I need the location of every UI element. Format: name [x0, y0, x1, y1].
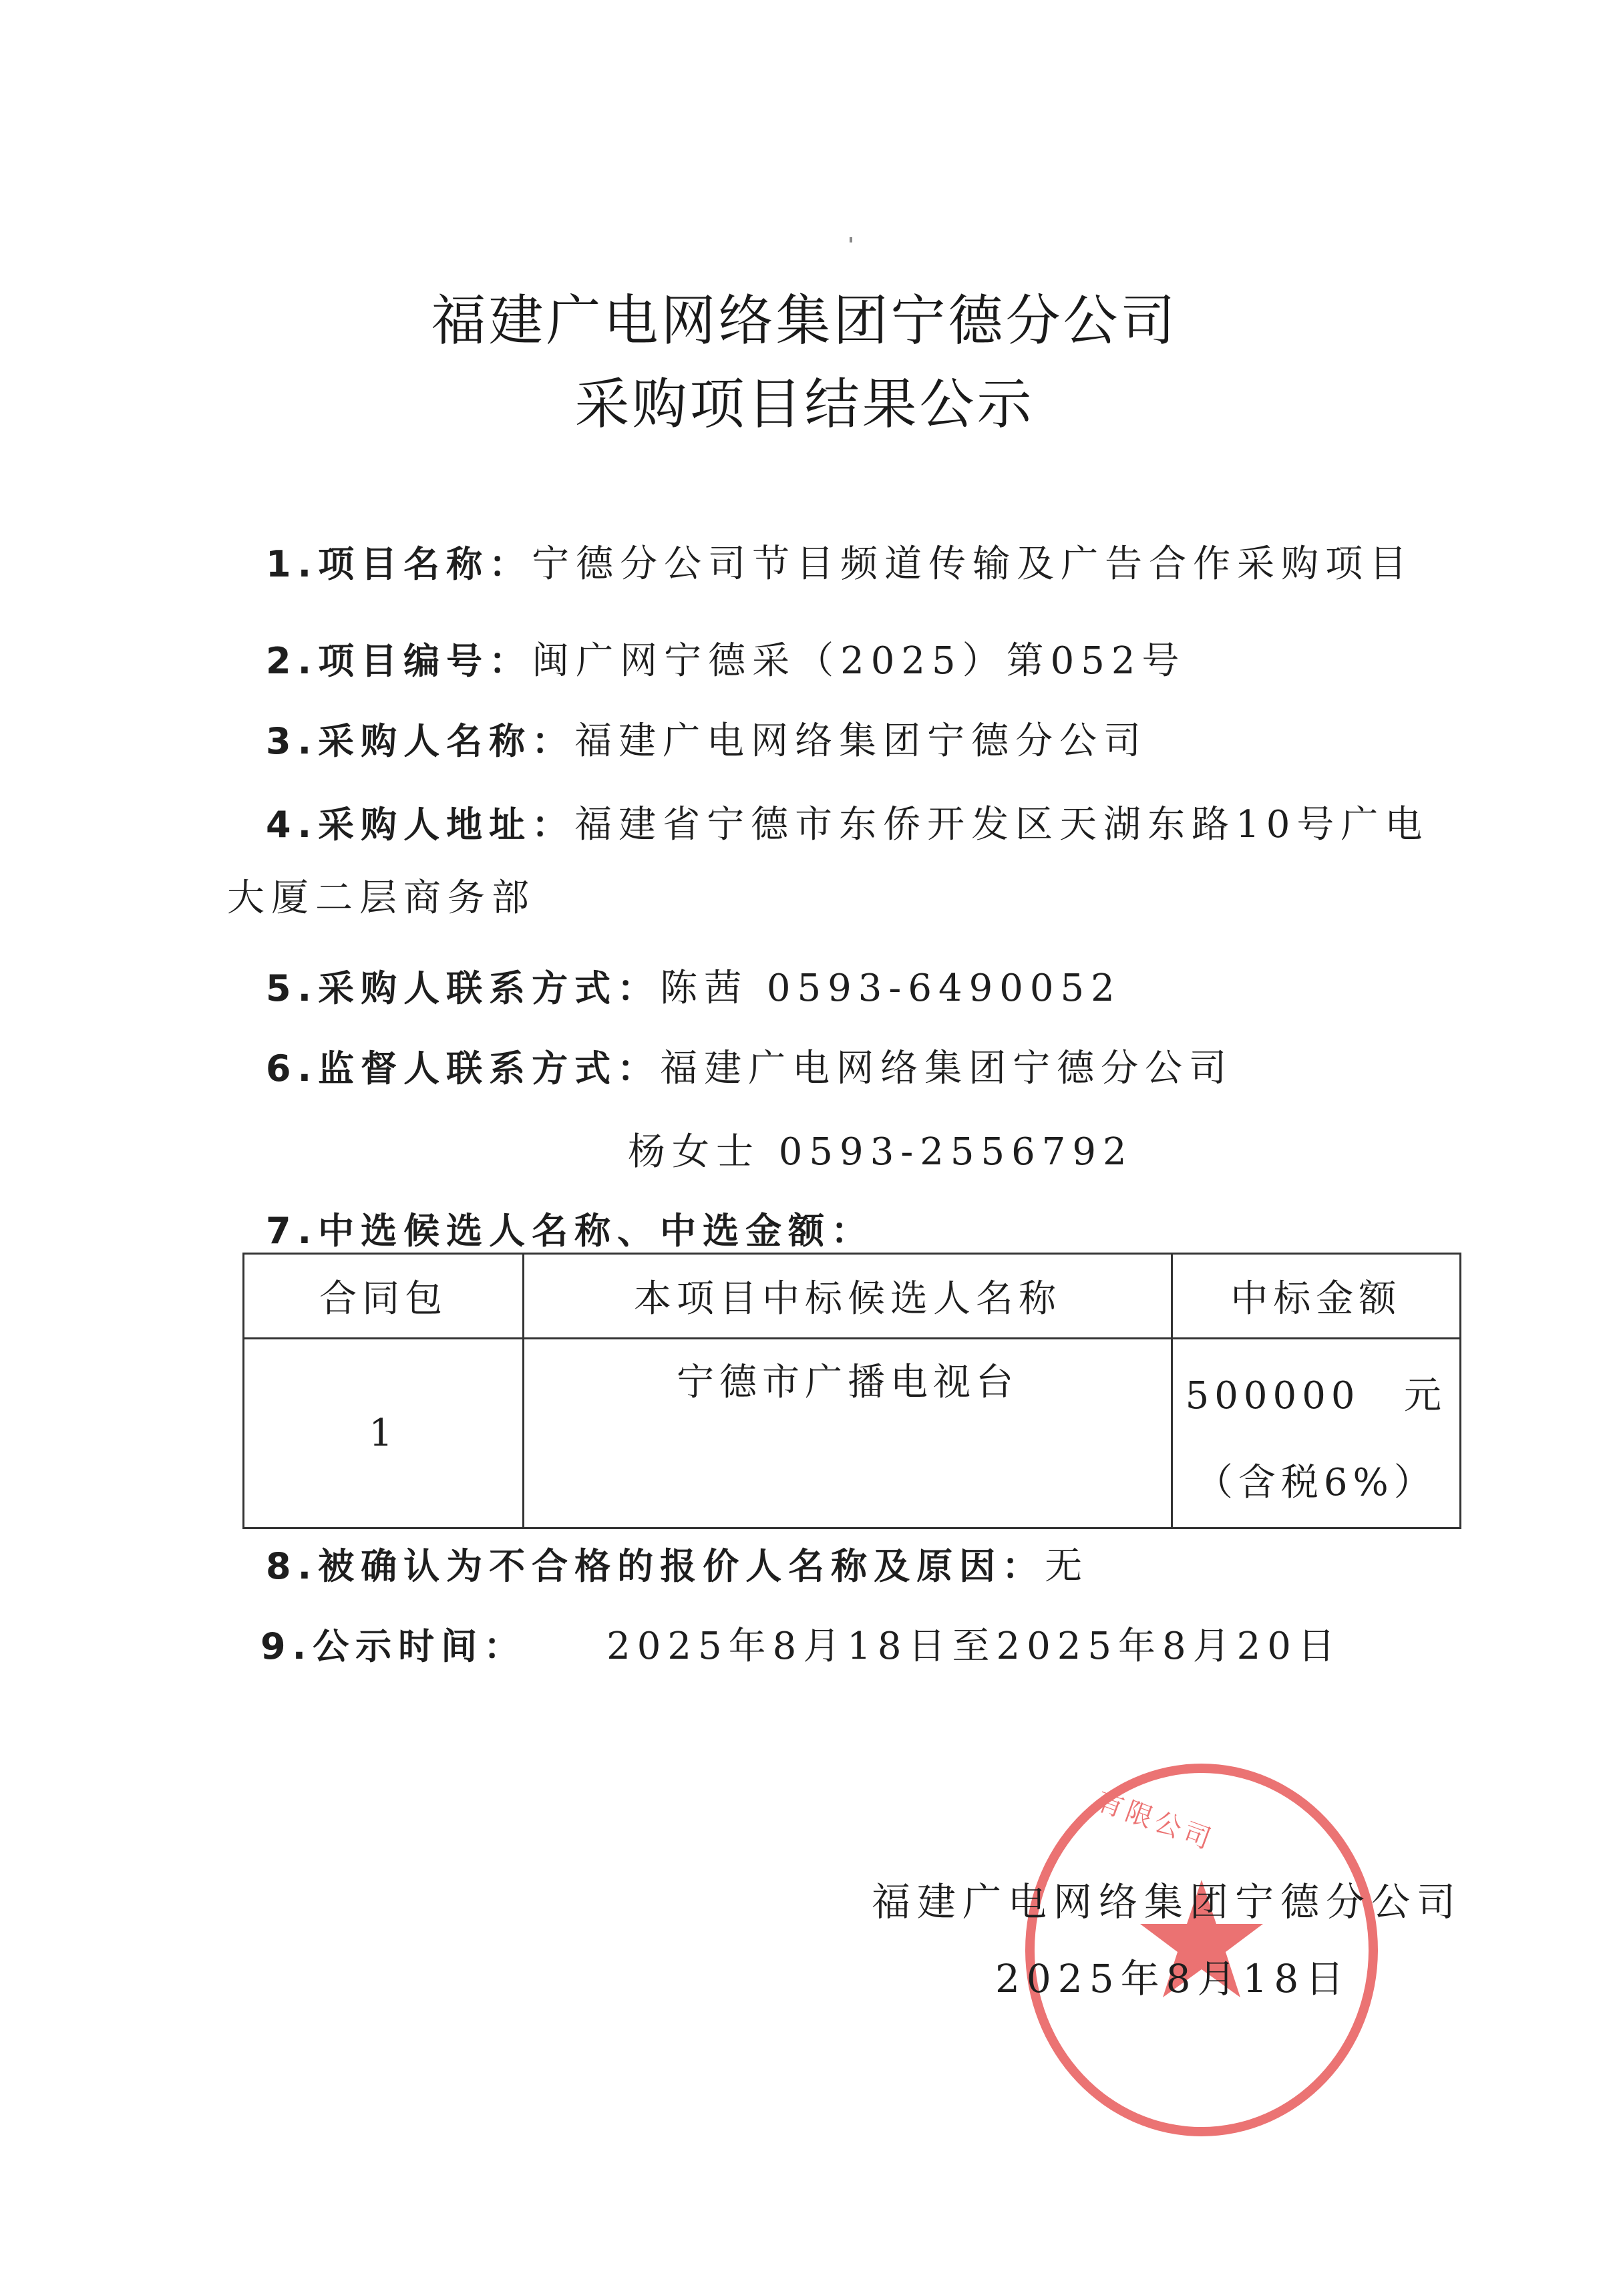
table-row: 1 宁德市广播电视台 500000 元 （含税6%） [244, 1339, 1461, 1528]
item-purchaser-name: 3.采购人名称：福建广电网络集团宁德分公司 [266, 711, 1147, 765]
item-label: 8.被确认为不合格的报价人名称及原因： [266, 1545, 1045, 1587]
item-purchaser-contact: 5.采购人联系方式：陈茜 0593-6490052 [266, 959, 1121, 1012]
item-value: 宁德分公司节目频道传输及广告合作采购项目 [532, 542, 1413, 586]
item-value: 福建广电网络集团宁德分公司 [660, 1047, 1233, 1090]
item-supervisor-contact-cont: 杨女士 0593-2556792 [628, 1122, 1133, 1176]
amount-value: 500000 [1186, 1353, 1361, 1440]
cell-package: 1 [244, 1339, 524, 1528]
item-value: 无 [1045, 1544, 1089, 1588]
table-header-row: 合同包 本项目中标候选人名称 中标金额 [244, 1254, 1461, 1339]
item-value: 2025年8月18日至2025年8月20日 [606, 1625, 1342, 1668]
header-candidate: 本项目中标候选人名称 [524, 1254, 1172, 1339]
cell-candidate: 宁德市广播电视台 [524, 1339, 1172, 1528]
item-value: 福建广电网络集团宁德分公司 [574, 719, 1147, 763]
item-label: 9.公示时间： [260, 1625, 526, 1667]
signature-org: 福建广电网络集团宁德分公司 [872, 1870, 1462, 1927]
item-label: 6.监督人联系方式： [266, 1047, 660, 1090]
item-value: 陈茜 0593-6490052 [660, 967, 1121, 1010]
header-package: 合同包 [244, 1254, 524, 1339]
document-title-line1: 福建广电网络集团宁德分公司 [0, 277, 1609, 355]
item-label: 3.采购人名称： [266, 720, 574, 762]
result-table: 合同包 本项目中标候选人名称 中标金额 1 宁德市广播电视台 500000 元 … [242, 1253, 1461, 1529]
item-label: 4.采购人地址： [266, 804, 574, 846]
item-label: 7.中选候选人名称、中选金额： [266, 1210, 874, 1252]
item-project-number: 2.项目编号：闽广网宁德采（2025）第052号 [266, 631, 1186, 685]
item-disqualified: 8.被确认为不合格的报价人名称及原因：无 [266, 1536, 1089, 1590]
signature-date: 2025年8月18日 [995, 1947, 1351, 2003]
item-value: 福建省宁德市东侨开发区天湖东路10号广电 [574, 803, 1429, 846]
item-label: 2.项目编号： [266, 640, 532, 682]
header-amount: 中标金额 [1172, 1254, 1460, 1339]
document-title-line2: 采购项目结果公示 [0, 361, 1609, 439]
item-project-name: 1.项目名称：宁德分公司节目频道传输及广告合作采购项目 [266, 534, 1413, 588]
item-candidate-heading: 7.中选候选人名称、中选金额： [266, 1202, 874, 1254]
item-label: 5.采购人联系方式： [266, 967, 660, 1009]
item-purchaser-address: 4.采购人地址：福建省宁德市东侨开发区天湖东路10号广电 [266, 795, 1429, 848]
scan-mark [850, 237, 852, 242]
item-purchaser-address-cont: 大厦二层商务部 [227, 868, 536, 922]
item-publicity-period: 9.公示时间：2025年8月18日至2025年8月20日 [260, 1617, 1342, 1670]
amount-tax-note: （含税6%） [1174, 1440, 1459, 1526]
item-value: 闽广网宁德采（2025）第052号 [532, 639, 1186, 683]
amount-unit: 元 [1404, 1353, 1447, 1440]
cell-amount: 500000 元 （含税6%） [1172, 1339, 1460, 1528]
item-supervisor-contact: 6.监督人联系方式：福建广电网络集团宁德分公司 [266, 1039, 1233, 1092]
seal-text: 有限公司 [1092, 1780, 1220, 1857]
item-label: 1.项目名称： [266, 543, 532, 585]
